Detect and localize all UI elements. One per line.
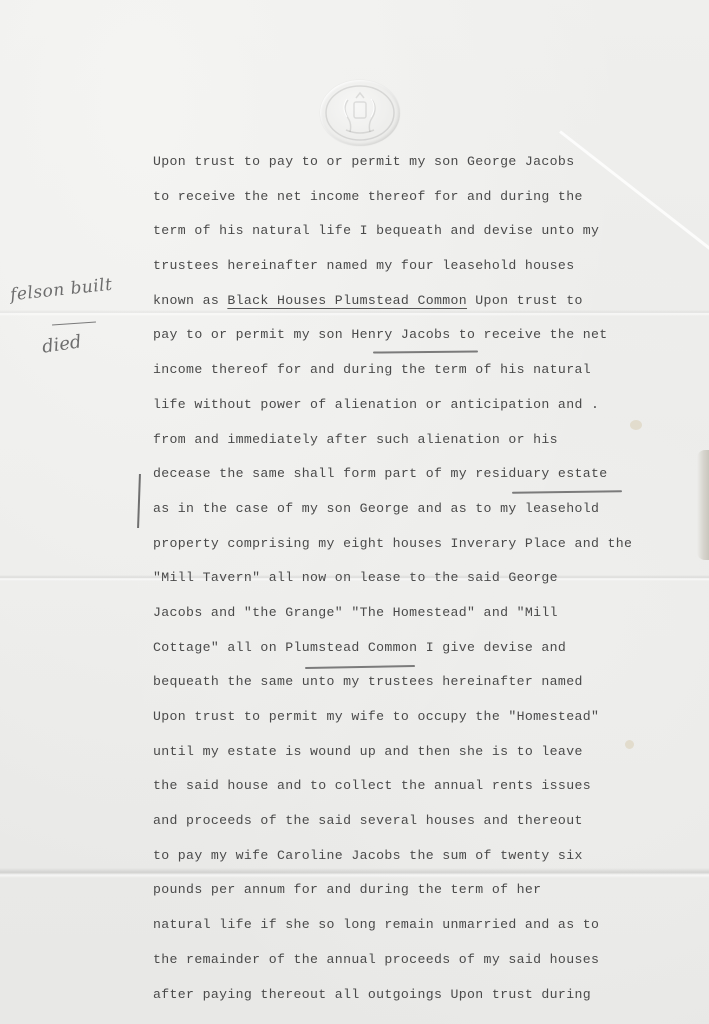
text-segment: to pay my wife Caroline Jacobs the sum o… (153, 848, 583, 863)
text-line: to receive the net income thereof for an… (153, 185, 693, 220)
text-line: trustees hereinafter named my four lease… (153, 254, 693, 289)
text-segment: Cottage" all on Plumstead Common I give … (153, 640, 566, 655)
text-segment: Upon trust to (467, 293, 583, 308)
text-segment: the remainder of the annual proceeds of … (153, 952, 599, 967)
text-line: Cottage" all on Plumstead Common I give … (153, 636, 693, 671)
text-line: "Mill Tavern" all now on lease to the sa… (153, 566, 693, 601)
text-segment: property comprising my eight houses Inve… (153, 536, 632, 551)
text-line: Jacobs and "the Grange" "The Homestead" … (153, 601, 693, 636)
text-segment: life without power of alienation or anti… (153, 397, 599, 412)
text-segment: until my estate is wound up and then she… (153, 744, 583, 759)
text-segment: as in the case of my son George and as t… (153, 501, 599, 516)
text-line: the said house and to collect the annual… (153, 774, 693, 809)
text-segment: from and immediately after such alienati… (153, 432, 558, 447)
text-segment: Upon trust to permit my wife to occupy t… (153, 709, 599, 724)
text-segment: pay to or permit my son Henry Jacobs to … (153, 327, 608, 342)
text-line: decease the same shall form part of my r… (153, 462, 693, 497)
text-segment: and proceeds of the said several houses … (153, 813, 583, 828)
text-segment: known as (153, 293, 227, 308)
text-segment: after paying thereout all outgoings Upon… (153, 987, 591, 1002)
margin-note-handwritten: felson built (9, 275, 113, 306)
document-page: felson built died Upon trust to pay to o… (0, 0, 709, 1024)
text-line: the remainder of the annual proceeds of … (153, 948, 693, 983)
underlined-text: Black Houses Plumstead Common (227, 293, 467, 308)
text-segment: term of his natural life I bequeath and … (153, 223, 599, 238)
text-line: pounds per annum for and during the term… (153, 878, 693, 913)
text-line: as in the case of my son George and as t… (153, 497, 693, 532)
text-segment: bequeath the same unto my trustees herei… (153, 674, 583, 689)
text-line: Upon trust to permit my wife to occupy t… (153, 705, 693, 740)
text-line: term of his natural life I bequeath and … (153, 219, 693, 254)
margin-note-underline (52, 321, 96, 325)
text-line: income thereof for and during the term o… (153, 358, 693, 393)
text-segment: "Mill Tavern" all now on lease to the sa… (153, 570, 558, 585)
embossed-seal-icon (320, 80, 400, 146)
text-segment: Jacobs and "the Grange" "The Homestead" … (153, 605, 558, 620)
text-line: bequeath the same unto my trustees herei… (153, 670, 693, 705)
text-segment: the said house and to collect the annual… (153, 778, 591, 793)
text-segment: decease the same shall form part of my r… (153, 466, 608, 481)
paper-edge-tear (697, 450, 709, 560)
text-line: property comprising my eight houses Inve… (153, 532, 693, 567)
text-segment: Upon trust to pay to or permit my son Ge… (153, 154, 574, 169)
margin-note-handwritten: died (41, 331, 83, 357)
text-line: life without power of alienation or anti… (153, 393, 693, 428)
text-segment: to receive the net income thereof for an… (153, 189, 583, 204)
text-segment: natural life if she so long remain unmar… (153, 917, 599, 932)
text-line: Upon trust to pay to or permit my son Ge… (153, 150, 693, 185)
text-segment: income thereof for and during the term o… (153, 362, 591, 377)
text-line: pay to or permit my son Henry Jacobs to … (153, 323, 693, 358)
margin-sideline-mark (137, 474, 140, 528)
text-line: to pay my wife Caroline Jacobs the sum o… (153, 844, 693, 879)
text-line: natural life if she so long remain unmar… (153, 913, 693, 948)
text-line: after paying thereout all outgoings Upon… (153, 983, 693, 1018)
text-segment: pounds per annum for and during the term… (153, 882, 541, 897)
text-segment: trustees hereinafter named my four lease… (153, 258, 574, 273)
text-line: and proceeds of the said several houses … (153, 809, 693, 844)
text-line: known as Black Houses Plumstead Common U… (153, 289, 693, 324)
text-line: from and immediately after such alienati… (153, 428, 693, 463)
typed-body-text: Upon trust to pay to or permit my son Ge… (153, 150, 693, 1017)
text-line: until my estate is wound up and then she… (153, 740, 693, 775)
